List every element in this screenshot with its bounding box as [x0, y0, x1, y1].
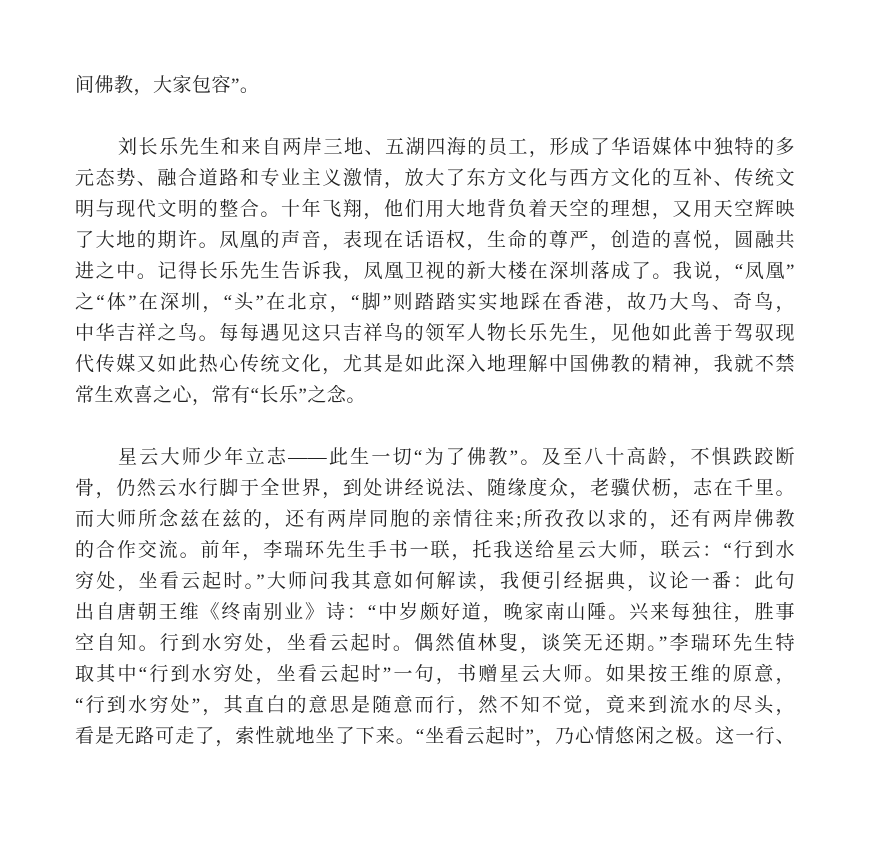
text-line: 骨，仍然云水行脚于全世界，到处讲经说法、随缘度众，老骥伏枥，志在千里。: [75, 473, 795, 504]
text-line: 元态势、融合道路和专业主义激情，放大了东方文化与西方文化的互补、传统文: [75, 163, 795, 194]
text-line: 常生欢喜之心，常有“长乐”之念。: [75, 380, 795, 411]
text-line: 取其中“行到水穷处，坐看云起时”一句，书赠星云大师。如果按王维的原意，: [75, 659, 795, 690]
text-line: 看是无路可走了，索性就地坐了下来。“坐看云起时”，乃心情悠闲之极。这一行、: [75, 721, 795, 752]
paragraph-liu-changle: 刘长乐先生和来自两岸三地、五湖四海的员工，形成了华语媒体中独特的多 元态势、融合…: [75, 132, 795, 411]
text-line: 明与现代文明的整合。十年飞翔，他们用大地背负着天空的理想，又用天空辉映: [75, 194, 795, 225]
text-line: 了大地的期许。凤凰的声音，表现在话语权，生命的尊严，创造的喜悦，圆融共: [75, 225, 795, 256]
text-line: 穷处，坐看云起时。”大师问我其意如何解读，我便引经据典，议论一番：此句: [75, 566, 795, 597]
text-line: 的合作交流。前年，李瑞环先生手书一联，托我送给星云大师，联云：“行到水: [75, 535, 795, 566]
text-line: 中华吉祥之鸟。每每遇见这只吉祥鸟的领军人物长乐先生，见他如此善于驾驭现: [75, 318, 795, 349]
text-line: 星云大师少年立志——此生一切“为了佛教”。及至八十高龄，不惧跌跤断: [75, 442, 795, 473]
text-block: 间佛教，大家包容”。 刘长乐先生和来自两岸三地、五湖四海的员工，形成了华语媒体中…: [75, 70, 795, 752]
text-line: “行到水穷处”，其直白的意思是随意而行，然不知不觉，竟来到流水的尽头，: [75, 690, 795, 721]
text-line: 出自唐朝王维《终南别业》诗：“中岁颇好道，晚家南山陲。兴来每独往，胜事: [75, 597, 795, 628]
text-line: 间佛教，大家包容”。: [75, 70, 795, 101]
text-line: 之“体”在深圳，“头”在北京，“脚”则踏踏实实地踩在香港，故乃大鸟、奇鸟，: [75, 287, 795, 318]
paragraph-continuation: 间佛教，大家包容”。: [75, 70, 795, 101]
text-line: 而大师所念兹在兹的，还有两岸同胞的亲情往来;所孜孜以求的，还有两岸佛教: [75, 504, 795, 535]
document-page: 间佛教，大家包容”。 刘长乐先生和来自两岸三地、五湖四海的员工，形成了华语媒体中…: [0, 0, 870, 842]
text-line: 进之中。记得长乐先生告诉我，凤凰卫视的新大楼在深圳落成了。我说，“凤凰”: [75, 256, 795, 287]
text-line: 代传媒又如此热心传统文化，尤其是如此深入地理解中国佛教的精神，我就不禁: [75, 349, 795, 380]
paragraph-xingyun-master: 星云大师少年立志——此生一切“为了佛教”。及至八十高龄，不惧跌跤断 骨，仍然云水…: [75, 442, 795, 752]
text-line: 刘长乐先生和来自两岸三地、五湖四海的员工，形成了华语媒体中独特的多: [75, 132, 795, 163]
text-line: 空自知。行到水穷处，坐看云起时。偶然值林叟，谈笑无还期。”李瑞环先生特: [75, 628, 795, 659]
